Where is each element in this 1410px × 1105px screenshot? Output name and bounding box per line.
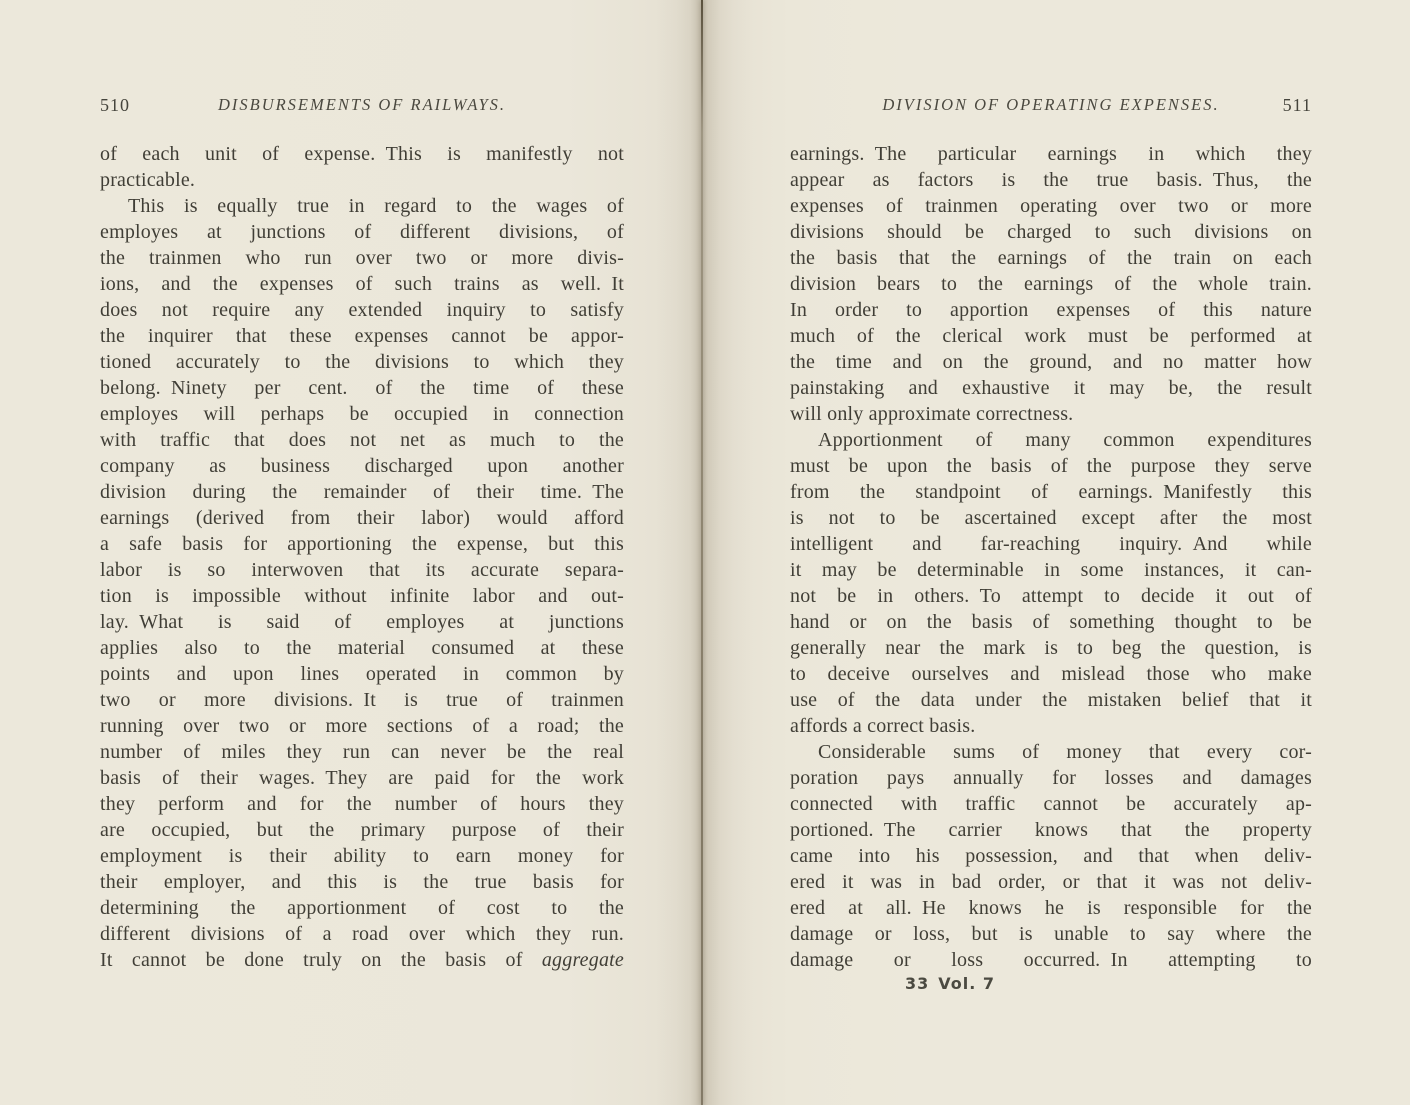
- text-line: connected with traffic cannot be accurat…: [790, 791, 1312, 817]
- text-line: of each unit of expense. This is manifes…: [100, 141, 624, 167]
- text-line: division during the remainder of their t…: [100, 479, 624, 505]
- text-line: earnings. The particular earnings in whi…: [790, 141, 1312, 167]
- text-line: hand or on the basis of something though…: [790, 609, 1312, 635]
- right-page-header: DIVISION OF OPERATING EXPENSES. 511: [790, 95, 1312, 119]
- text-line: belong. Ninety per cent. of the time of …: [100, 375, 624, 401]
- text-line: In order to apportion expenses of this n…: [790, 297, 1312, 323]
- text-line: much of the clerical work must be perfor…: [790, 323, 1312, 349]
- text-line: applies also to the material consumed at…: [100, 635, 624, 661]
- text-line: damage or loss occurred. In attempting t…: [790, 947, 1312, 973]
- text-line: generally near the mark is to beg the qu…: [790, 635, 1312, 661]
- text-line: a safe basis for apportioning the expens…: [100, 531, 624, 557]
- text-line: determining the apportionment of cost to…: [100, 895, 624, 921]
- text-line: Considerable sums of money that every co…: [790, 739, 1312, 765]
- text-line: the trainmen who run over two or more di…: [100, 245, 624, 271]
- right-page-column: DIVISION OF OPERATING EXPENSES. 511 earn…: [790, 0, 1312, 1105]
- text-line: basis of their wages. They are paid for …: [100, 765, 624, 791]
- text-line: the basis that the earnings of the train…: [790, 245, 1312, 271]
- text-line: ered at all. He knows he is responsible …: [790, 895, 1312, 921]
- text-line: with traffic that does not net as much t…: [100, 427, 624, 453]
- text-line: are occupied, but the primary purpose of…: [100, 817, 624, 843]
- text-line: employes will perhaps be occupied in con…: [100, 401, 624, 427]
- text-line: they perform and for the number of hours…: [100, 791, 624, 817]
- text-line: labor is so interwoven that its accurate…: [100, 557, 624, 583]
- text-line: from the standpoint of earnings. Manifes…: [790, 479, 1312, 505]
- right-page: DIVISION OF OPERATING EXPENSES. 511 earn…: [705, 0, 1410, 1105]
- text-line: employes at junctions of different divis…: [100, 219, 624, 245]
- book-scan: { "colors": { "paper": "#ece8db", "ink":…: [0, 0, 1410, 1105]
- text-line: division bears to the earnings of the wh…: [790, 271, 1312, 297]
- text-line: use of the data under the mistaken belie…: [790, 687, 1312, 713]
- text-line: It cannot be done truly on the basis of …: [100, 947, 624, 973]
- text-line: points and upon lines operated in common…: [100, 661, 624, 687]
- text-line: the inquirer that these expenses cannot …: [100, 323, 624, 349]
- text-line: ered it was in bad order, or that it was…: [790, 869, 1312, 895]
- right-page-body: earnings. The particular earnings in whi…: [790, 141, 1312, 973]
- text-line: expenses of trainmen operating over two …: [790, 193, 1312, 219]
- text-line: earnings (derived from their labor) woul…: [100, 505, 624, 531]
- text-line: not be in others. To attempt to decide i…: [790, 583, 1312, 609]
- text-line: employment is their ability to earn mone…: [100, 843, 624, 869]
- text-line: appear as factors is the true basis. Thu…: [790, 167, 1312, 193]
- left-page: 510 DISBURSEMENTS OF RAILWAYS. of each u…: [0, 0, 705, 1105]
- text-line: intelligent and far-reaching inquiry. An…: [790, 531, 1312, 557]
- text-line: it may be determinable in some instances…: [790, 557, 1312, 583]
- text-line: is not to be ascertained except after th…: [790, 505, 1312, 531]
- text-line: practicable.: [100, 167, 624, 193]
- text-line: to deceive ourselves and mislead those w…: [790, 661, 1312, 687]
- text-line: tion is impossible without infinite labo…: [100, 583, 624, 609]
- text-line: running over two or more sections of a r…: [100, 713, 624, 739]
- running-title-left: DISBURSEMENTS OF RAILWAYS.: [100, 95, 624, 115]
- text-line: will only approximate correctness.: [790, 401, 1312, 427]
- left-page-body: of each unit of expense. This is manifes…: [100, 141, 624, 973]
- text-line: affords a correct basis.: [790, 713, 1312, 739]
- signature-mark: 33 Vol. 7: [905, 974, 995, 993]
- left-page-header: 510 DISBURSEMENTS OF RAILWAYS.: [100, 95, 624, 119]
- text-line: poration pays annually for losses and da…: [790, 765, 1312, 791]
- text-line: company as business discharged upon anot…: [100, 453, 624, 479]
- text-line: This is equally true in regard to the wa…: [100, 193, 624, 219]
- text-line: two or more divisions. It is true of tra…: [100, 687, 624, 713]
- text-line: different divisions of a road over which…: [100, 921, 624, 947]
- italic-word: aggregate: [542, 949, 624, 971]
- text-line: Apportionment of many common expenditure…: [790, 427, 1312, 453]
- page-number-right: 511: [1283, 95, 1312, 116]
- text-line: lay. What is said of employes at junctio…: [100, 609, 624, 635]
- left-page-column: 510 DISBURSEMENTS OF RAILWAYS. of each u…: [100, 0, 624, 1105]
- text-line: divisions should be charged to such divi…: [790, 219, 1312, 245]
- text-line: does not require any extended inquiry to…: [100, 297, 624, 323]
- text-line: ions, and the expenses of such trains as…: [100, 271, 624, 297]
- text-line: their employer, and this is the true bas…: [100, 869, 624, 895]
- text-line: number of miles they run can never be th…: [100, 739, 624, 765]
- text-line: painstaking and exhaustive it may be, th…: [790, 375, 1312, 401]
- text-line: must be upon the basis of the purpose th…: [790, 453, 1312, 479]
- text-line: tioned accurately to the divisions to wh…: [100, 349, 624, 375]
- running-title-right: DIVISION OF OPERATING EXPENSES.: [790, 95, 1312, 115]
- page-number-left: 510: [100, 95, 130, 116]
- text-line: the time and on the ground, and no matte…: [790, 349, 1312, 375]
- text-line: came into his possession, and that when …: [790, 843, 1312, 869]
- text-line: portioned. The carrier knows that the pr…: [790, 817, 1312, 843]
- text-line: damage or loss, but is unable to say whe…: [790, 921, 1312, 947]
